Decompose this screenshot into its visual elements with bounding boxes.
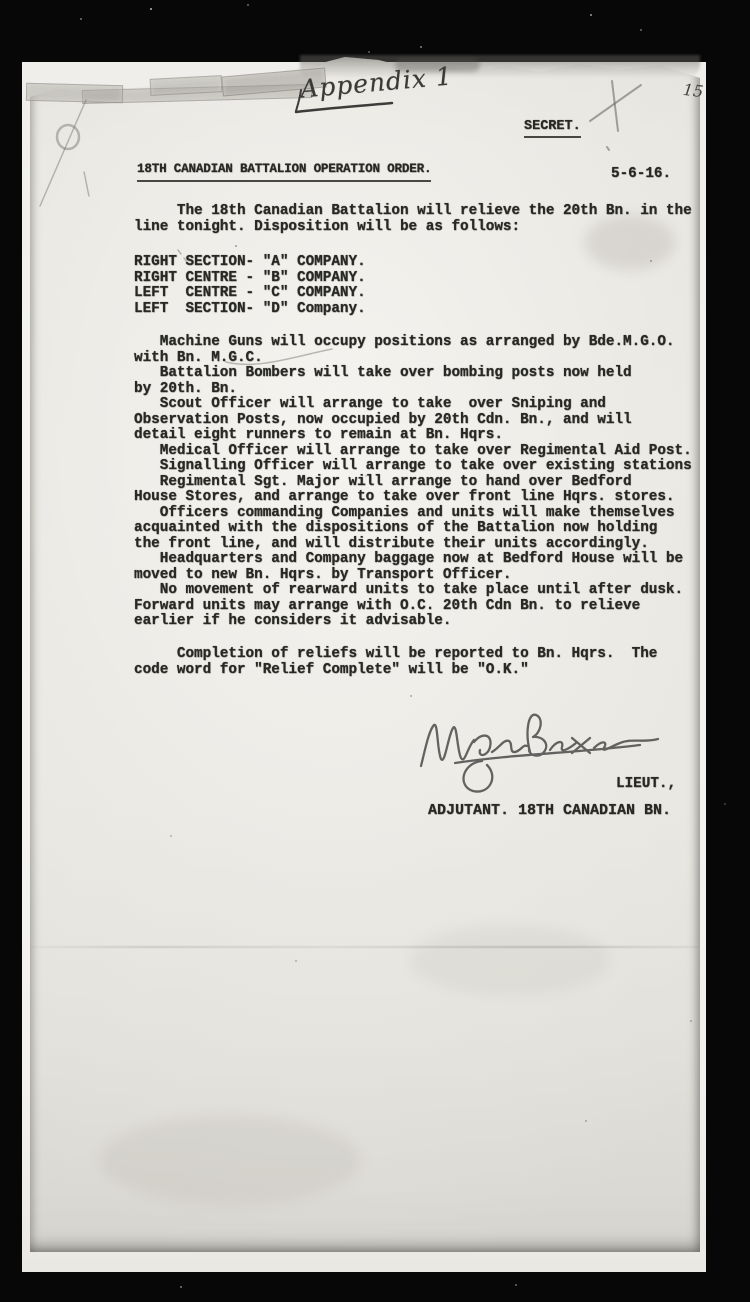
scanned-document: SECRET. 18TH CANADIAN BATTALION OPERATIO… — [0, 0, 750, 1302]
document-title: 18TH CANADIAN BATTALION OPERATION ORDER. — [137, 162, 431, 182]
paragraph-orders: Machine Guns will occupy positions as ar… — [134, 335, 692, 630]
fold-crease-line — [30, 946, 698, 948]
classification-stamp: SECRET. — [524, 119, 581, 138]
paragraph-completion: Completion of reliefs will be reported t… — [134, 647, 657, 678]
paper-specks — [235, 245, 237, 247]
film-dust-specks — [150, 8, 152, 10]
signature-rank-line: LIEUT., — [616, 777, 676, 793]
document-date: 5-6-16. — [611, 167, 671, 183]
dispositions-list: RIGHT SECTION- "A" COMPANY. RIGHT CENTRE… — [134, 255, 366, 317]
signature-role-line: ADJUTANT. 18TH CANADIAN BN. — [428, 803, 671, 819]
page-number: 15 — [682, 80, 705, 101]
paragraph-intro: The 18th Canadian Battalion will relieve… — [134, 204, 692, 235]
repair-tape-strip — [26, 83, 123, 104]
paper-stain — [100, 1115, 360, 1205]
paper-stain — [410, 925, 610, 995]
